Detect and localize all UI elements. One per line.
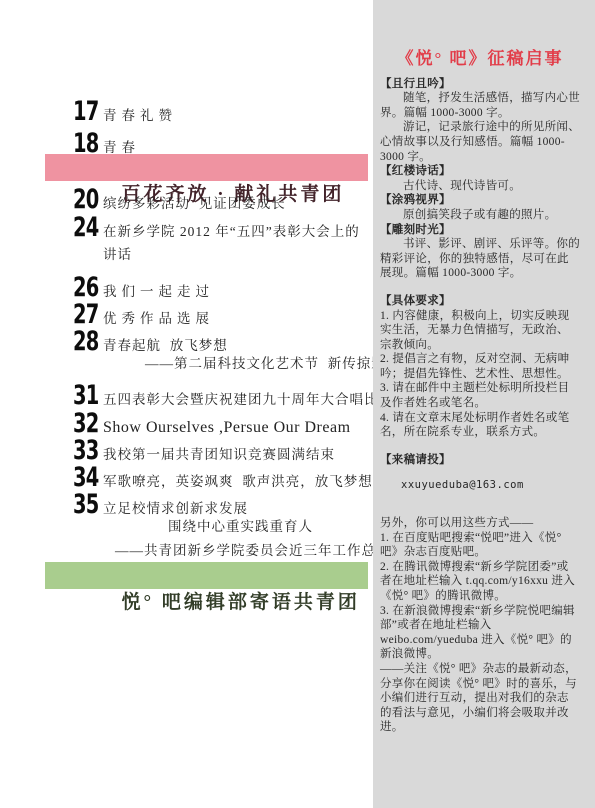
toc-entry: 33 我校第一届共青团知识竞赛圆满结束 <box>73 437 335 464</box>
requirement-item: 1. 内容健康，积极向上，切实反映现实生活，无暴力色情描写，无政治、宗教倾向。 <box>380 309 580 353</box>
toc-entry: 28 青春起航 放飞梦想 <box>73 328 228 355</box>
outro-note: ——关注《悦° 吧》杂志的最新动态，分享你在阅读《悦° 吧》时的喜乐，与小编们进… <box>380 662 580 735</box>
toc-page-number: 26 <box>73 274 95 301</box>
spacer <box>380 440 580 453</box>
toc-page-number: 32 <box>73 410 95 437</box>
section-paragraph: 古代诗、现代诗皆可。 <box>380 179 580 194</box>
call-for-papers-sidebar: 《悦° 吧》征稿启事 【且行且吟】 随笔，抒发生活感悟，描写内心世界。篇幅 10… <box>373 0 595 808</box>
toc-entry-continuation: 讲话 <box>103 243 132 263</box>
toc-entry: 31 五四表彰大会暨庆祝建团九十周年大合唱比赛 <box>73 382 393 409</box>
toc-page-number: 31 <box>73 382 95 409</box>
section-paragraph: 游记，记录旅行途中的所见所闻、心情故事以及行知感悟。篇幅 1000-3000 字… <box>380 120 580 164</box>
toc-entry: 20 缤纷多彩活动 见证团委成长 <box>73 186 286 213</box>
toc-entry: 26 我们一起走过 <box>73 274 214 301</box>
requirement-item: 2. 提倡言之有物，反对空洞、无病呻吟；提倡先锋性、艺术性、思想性。 <box>380 352 580 381</box>
toc-entry-continuation: ——第二届科技文化艺术节 新传掠影 <box>145 352 386 372</box>
toc-entry: 17 青春礼赞 <box>73 98 177 125</box>
toc-entry: 27 优秀作品选展 <box>73 301 214 328</box>
section-band-pink: 百花齐放 · 献礼共青团 <box>45 154 368 181</box>
toc-entry-title: 军歌嘹亮，英姿飒爽 歌声洪亮，放飞梦想 <box>103 470 373 490</box>
section-paragraph: 随笔，抒发生活感悟，描写内心世界。篇幅 1000-3000 字。 <box>380 91 580 120</box>
section-heading-diaoke: 【雕刻时光】 <box>380 223 580 238</box>
toc-entry-title: 五四表彰大会暨庆祝建团九十周年大合唱比赛 <box>103 388 393 408</box>
toc-page-number: 34 <box>73 464 95 491</box>
section-heading-submit: 【来稿请投】 <box>380 453 580 468</box>
toc-entry-title: 青春起航 放飞梦想 <box>103 334 228 354</box>
section-paragraph: 书评、影评、剧评、乐评等。你的精彩评论，你的独特感悟，尽可在此展现。篇幅 100… <box>380 237 580 281</box>
toc-entry-title: 立足校情求创新求发展 <box>103 497 248 517</box>
section-heading-tuya: 【涂鸦视界】 <box>380 193 580 208</box>
toc-entry: 18 青春 <box>73 130 140 157</box>
toc-page-number: 18 <box>73 130 95 157</box>
outro-item: 3. 在新浪微博搜索“新乡学院悦吧编辑部”或者在地址栏输入 weibo.com/… <box>380 604 580 662</box>
toc-page-number: 17 <box>73 98 95 125</box>
section-heading-honglou: 【红楼诗话】 <box>380 164 580 179</box>
toc-entry-continuation: 围绕中心重实践重育人 <box>168 515 313 535</box>
toc-entry: 35 立足校情求创新求发展 <box>73 491 248 518</box>
requirement-item: 3. 请在邮件中主题栏处标明所投栏目及作者姓名或笔名。 <box>380 381 580 410</box>
toc-entry-title: 青春 <box>103 136 140 156</box>
spacer <box>380 281 580 294</box>
call-for-papers-body: 【且行且吟】 随笔，抒发生活感悟，描写内心世界。篇幅 1000-3000 字。 … <box>380 77 580 735</box>
toc-entry-title: 我校第一届共青团知识竞赛圆满结束 <box>103 443 335 463</box>
outro-item: 1. 在百度贴吧搜索“悦吧”进入《悦° 吧》杂志百度贴吧。 <box>380 531 580 560</box>
section-paragraph: 原创搞笑段子或有趣的照片。 <box>380 208 580 223</box>
toc-entry-title: 在新乡学院 2012 年“五四”表彰大会上的 <box>103 220 360 240</box>
spacer <box>380 503 580 516</box>
toc-entry-title: 我们一起走过 <box>103 280 214 300</box>
toc-page-number: 27 <box>73 301 95 328</box>
requirement-item: 4. 请在文章末尾处标明作者姓名或笔名，所在院系专业，联系方式。 <box>380 411 580 440</box>
section-band-green-label: 悦° 吧编辑部寄语共青团 <box>122 592 360 613</box>
section-heading-requirements: 【具体要求】 <box>380 294 580 309</box>
section-band-green: 悦° 吧编辑部寄语共青团 <box>45 562 368 589</box>
toc-page-number: 20 <box>73 186 95 213</box>
section-heading-xingyin: 【且行且吟】 <box>380 77 580 92</box>
toc-entry-title: 青春礼赞 <box>103 104 177 124</box>
toc-entry-title: 缤纷多彩活动 见证团委成长 <box>103 192 286 212</box>
call-for-papers-title: 《悦° 吧》征稿启事 <box>380 52 580 67</box>
magazine-toc-page: 17 青春礼赞 18 青春 百花齐放 · 献礼共青团 20 缤纷多彩活动 见证团… <box>0 0 595 808</box>
outro-item: 2. 在腾讯微博搜索“新乡学院团委”或者在地址栏输入 t.qq.com/y16x… <box>380 560 580 604</box>
toc-page-number: 35 <box>73 491 95 518</box>
submission-email: xxuyueduba@163.com <box>380 478 580 493</box>
toc-page-number: 24 <box>73 214 95 241</box>
toc-page-number: 28 <box>73 328 95 355</box>
toc-entry: 34 军歌嘹亮，英姿飒爽 歌声洪亮，放飞梦想 <box>73 464 373 491</box>
toc-page-number: 33 <box>73 437 95 464</box>
toc-column: 17 青春礼赞 18 青春 百花齐放 · 献礼共青团 20 缤纷多彩活动 见证团… <box>0 0 373 808</box>
toc-entry: 24 在新乡学院 2012 年“五四”表彰大会上的 <box>73 214 360 241</box>
toc-entry-title: 优秀作品选展 <box>103 307 214 327</box>
toc-entry-title: Show Ourselves ,Persue Our Dream <box>103 419 351 437</box>
toc-entry-continuation: ——共青团新乡学院委员会近三年工作总结 <box>115 539 391 559</box>
outro-intro: 另外，你可以用这些方式—— <box>380 516 580 531</box>
toc-entry: 32 Show Ourselves ,Persue Our Dream <box>73 410 351 437</box>
